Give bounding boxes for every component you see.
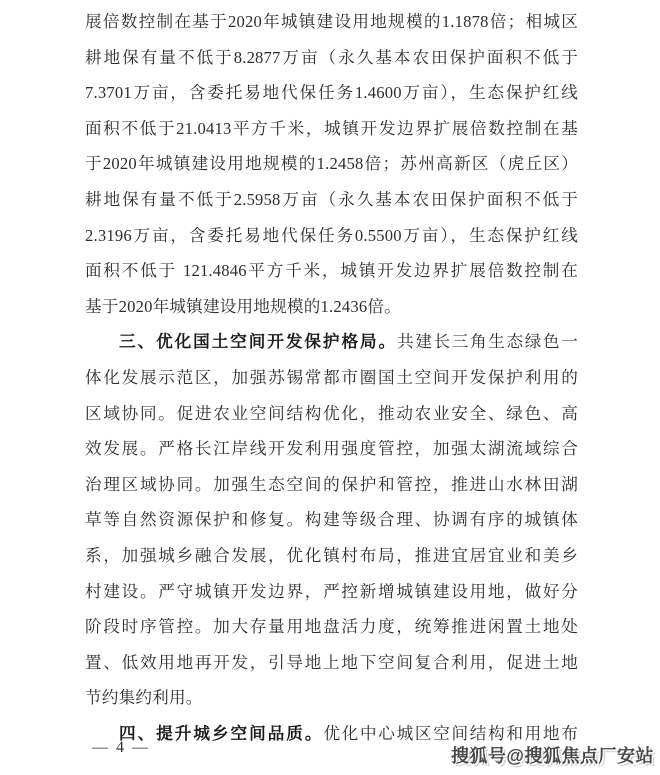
body-text: 系，加强城乡融合发展，优化镇村布局，推进宜居宜业和美乡 bbox=[85, 546, 578, 565]
text-line: 于2020年城镇建设用地规模的1.2458倍；苏州高新区（虎丘区） bbox=[85, 146, 578, 182]
text-line: 系，加强城乡融合发展，优化镇村布局，推进宜居宜业和美乡 bbox=[85, 538, 578, 574]
body-text: 置、低效用地再开发，引导地上地下空间复合利用，促进土地 bbox=[85, 653, 578, 672]
text-line: 阶段时序管控。加大存量用地盘活力度，统筹推进闲置土地处 bbox=[85, 609, 578, 645]
page-number: — 4 — bbox=[92, 739, 150, 757]
text-line: 治理区域协同。加强生态空间的保护和管控，推进山水林田湖 bbox=[85, 467, 578, 503]
text-line: 体化发展示范区，加强苏锡常都市圈国土空间开发保护利用的 bbox=[85, 360, 578, 396]
body-text: 草等自然资源保护和修复。构建等级合理、协调有序的城镇体 bbox=[85, 510, 578, 529]
text-line: 2.3196万亩，含委托易地代保任务0.5500万亩），生态保护红线 bbox=[85, 218, 578, 254]
text-line: 村建设。严守城镇开发边界，严控新增城镇建设用地，做好分 bbox=[85, 574, 578, 610]
body-text: 村建设。严守城镇开发边界，严控新增城镇建设用地，做好分 bbox=[85, 582, 578, 601]
body-text: 基于2020年城镇建设用地规模的1.2436倍。 bbox=[85, 297, 401, 316]
document-body: 展倍数控制在基于2020年城镇建设用地规模的1.1878倍；相城区耕地保有量不低… bbox=[85, 4, 578, 751]
watermark: 搜狐号@搜狐焦点厂安站 bbox=[451, 742, 654, 768]
body-text: 效发展。严格长江岸线开发利用强度管控，加强太湖流域综合 bbox=[85, 439, 578, 458]
text-line: 面积不低于 121.4846平方千米，城镇开发边界扩展倍数控制在 bbox=[85, 253, 578, 289]
body-text: 展倍数控制在基于2020年城镇建设用地规模的1.1878倍；相城区 bbox=[85, 12, 578, 31]
text-line: 区域协同。促进农业空间结构优化，推动农业安全、绿色、高 bbox=[85, 396, 578, 432]
body-text: 优化中心城区空间结构和用地布 bbox=[323, 724, 578, 743]
text-line: 耕地保有量不低于8.2877万亩（永久基本农田保护面积不低于 bbox=[85, 40, 578, 76]
text-line: 基于2020年城镇建设用地规模的1.2436倍。 bbox=[85, 289, 578, 325]
body-text: 节约集约利用。 bbox=[85, 688, 203, 707]
text-line: 节约集约利用。 bbox=[85, 680, 578, 716]
text-line: 面积不低于21.0413平方千米，城镇开发边界扩展倍数控制在基 bbox=[85, 111, 578, 147]
text-line: 展倍数控制在基于2020年城镇建设用地规模的1.1878倍；相城区 bbox=[85, 4, 578, 40]
body-text: 7.3701万亩，含委托易地代保任务1.4600万亩），生态保护红线 bbox=[85, 83, 578, 102]
body-text: 耕地保有量不低于2.5958万亩（永久基本农田保护面积不低于 bbox=[85, 190, 578, 209]
body-text: 区域协同。促进农业空间结构优化，推动农业安全、绿色、高 bbox=[85, 404, 578, 423]
body-text: 阶段时序管控。加大存量用地盘活力度，统筹推进闲置土地处 bbox=[85, 617, 578, 636]
body-text: 面积不低于 121.4846平方千米，城镇开发边界扩展倍数控制在 bbox=[85, 261, 578, 280]
text-line: 7.3701万亩，含委托易地代保任务1.4600万亩），生态保护红线 bbox=[85, 75, 578, 111]
text-line: 三、优化国土空间开发保护格局。共建长三角生态绿色一 bbox=[85, 324, 578, 360]
body-text: 体化发展示范区，加强苏锡常都市圈国土空间开发保护利用的 bbox=[85, 368, 578, 387]
section-heading-text: 三、优化国土空间开发保护格局。 bbox=[119, 332, 397, 351]
body-text: 2.3196万亩，含委托易地代保任务0.5500万亩），生态保护红线 bbox=[85, 226, 578, 245]
body-text: 于2020年城镇建设用地规模的1.2458倍；苏州高新区（虎丘区） bbox=[85, 154, 578, 173]
body-text: 治理区域协同。加强生态空间的保护和管控，推进山水林田湖 bbox=[85, 475, 578, 494]
text-line: 耕地保有量不低于2.5958万亩（永久基本农田保护面积不低于 bbox=[85, 182, 578, 218]
text-line: 置、低效用地再开发，引导地上地下空间复合利用，促进土地 bbox=[85, 645, 578, 681]
text-line: 草等自然资源保护和修复。构建等级合理、协调有序的城镇体 bbox=[85, 502, 578, 538]
text-line: 效发展。严格长江岸线开发利用强度管控，加强太湖流域综合 bbox=[85, 431, 578, 467]
body-text: 面积不低于21.0413平方千米，城镇开发边界扩展倍数控制在基 bbox=[85, 119, 578, 138]
body-text: 耕地保有量不低于8.2877万亩（永久基本农田保护面积不低于 bbox=[85, 48, 578, 67]
body-text: 共建长三角生态绿色一 bbox=[397, 332, 578, 351]
